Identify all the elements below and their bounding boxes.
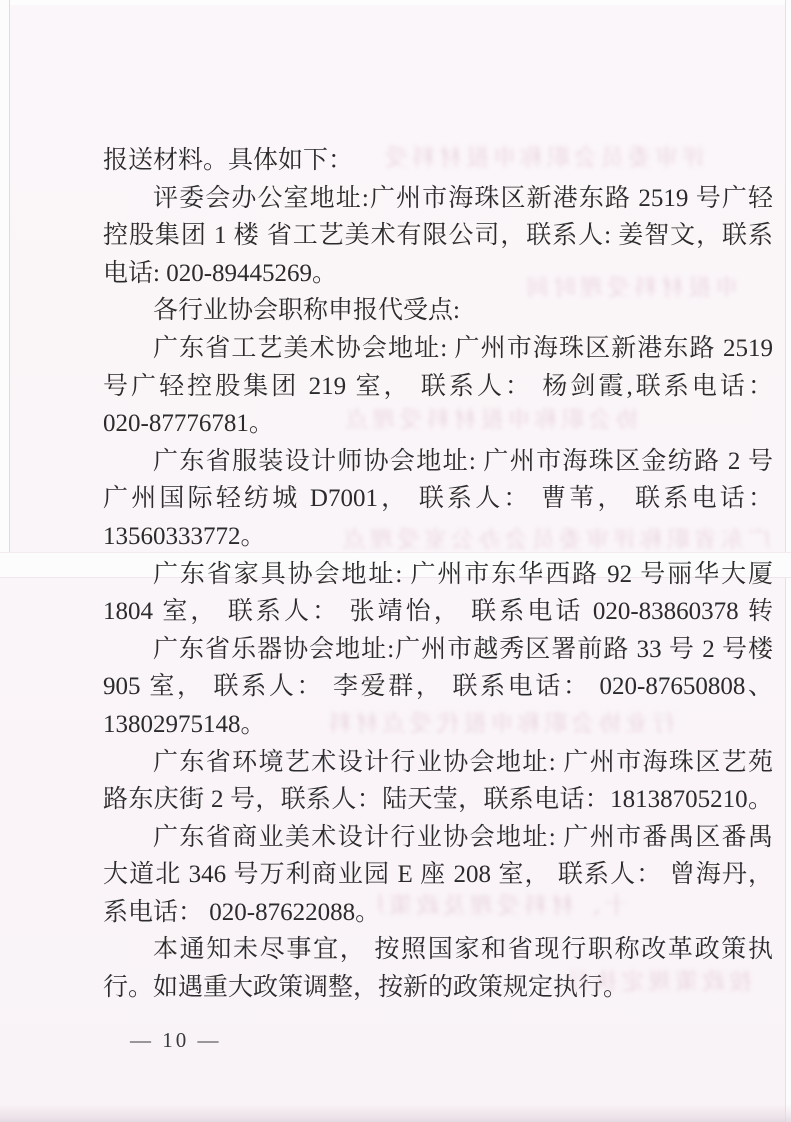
text-line: 电话: 020-89445269。 bbox=[103, 255, 773, 293]
scan-edge-left bbox=[0, 0, 10, 552]
text-line: 各行业协会职称申报代受点: bbox=[103, 292, 773, 330]
page-number: — 10 — bbox=[130, 1028, 222, 1052]
scan-edge-top bbox=[0, 0, 791, 5]
text-line: 报送材料。具体如下： bbox=[103, 142, 773, 180]
text-line: 905 室， 联系人： 李爱群， 联系电话： 020-87650808、 bbox=[103, 668, 773, 706]
text-block: 报送材料。具体如下：评委会办公室地址:广州市海珠区新港东路 2519 号广轻控股… bbox=[103, 142, 773, 1007]
text-line: 13560333772。 bbox=[103, 518, 773, 556]
scanned-page: 报送材料。具体如下：评委会办公室地址:广州市海珠区新港东路 2519 号广轻控股… bbox=[0, 0, 791, 1122]
text-line: 广东省商业美术设计行业协会地址: 广州市番禺区番禺 bbox=[103, 819, 773, 857]
text-line: 广东省服装设计师协会地址: 广州市海珠区金纺路 2 号 bbox=[103, 443, 773, 481]
text-line: 广东省家具协会地址: 广州市东华西路 92 号丽华大厦 bbox=[103, 556, 773, 594]
text-line: 控股集团 1 楼 省工艺美术有限公司，联系人: 姜智文，联系 bbox=[103, 217, 773, 255]
text-line: 广东省工艺美术协会地址: 广州市海珠区新港东路 2519 bbox=[103, 330, 773, 368]
text-line: 大道北 346 号万利商业园 E 座 208 室， 联系人： 曾海丹， 联 bbox=[103, 856, 773, 894]
text-line: 本通知未尽事宜， 按照国家和省现行职称改革政策执 bbox=[103, 931, 773, 969]
text-line: 系电话： 020-87622088。 bbox=[103, 894, 773, 932]
text-line: 020-87776781。 bbox=[103, 405, 773, 443]
text-line: 评委会办公室地址:广州市海珠区新港东路 2519 号广轻 bbox=[103, 180, 773, 218]
text-line: 1804 室， 联系人： 张靖怡， 联系电话 020-83860378 转 61… bbox=[103, 593, 773, 631]
scan-bottom-shade bbox=[0, 1104, 791, 1122]
text-line: 广东省乐器协会地址:广州市越秀区署前路 33 号 2 号楼 bbox=[103, 631, 773, 669]
text-line: 广东省环境艺术设计行业协会地址: 广州市海珠区艺苑 bbox=[103, 744, 773, 782]
text-line: 行。如遇重大政策调整，按新的政策规定执行。 bbox=[103, 969, 773, 1007]
text-line: 13802975148。 bbox=[103, 706, 773, 744]
text-line: 广州国际轻纺城 D7001， 联系人： 曹苇， 联系电话： bbox=[103, 480, 773, 518]
text-line: 路东庆街 2 号，联系人：陆天莹，联系电话：18138705210。 bbox=[103, 781, 773, 819]
text-line: 号广轻控股集团 219 室， 联系人： 杨剑霞,联系电话： bbox=[103, 368, 773, 406]
